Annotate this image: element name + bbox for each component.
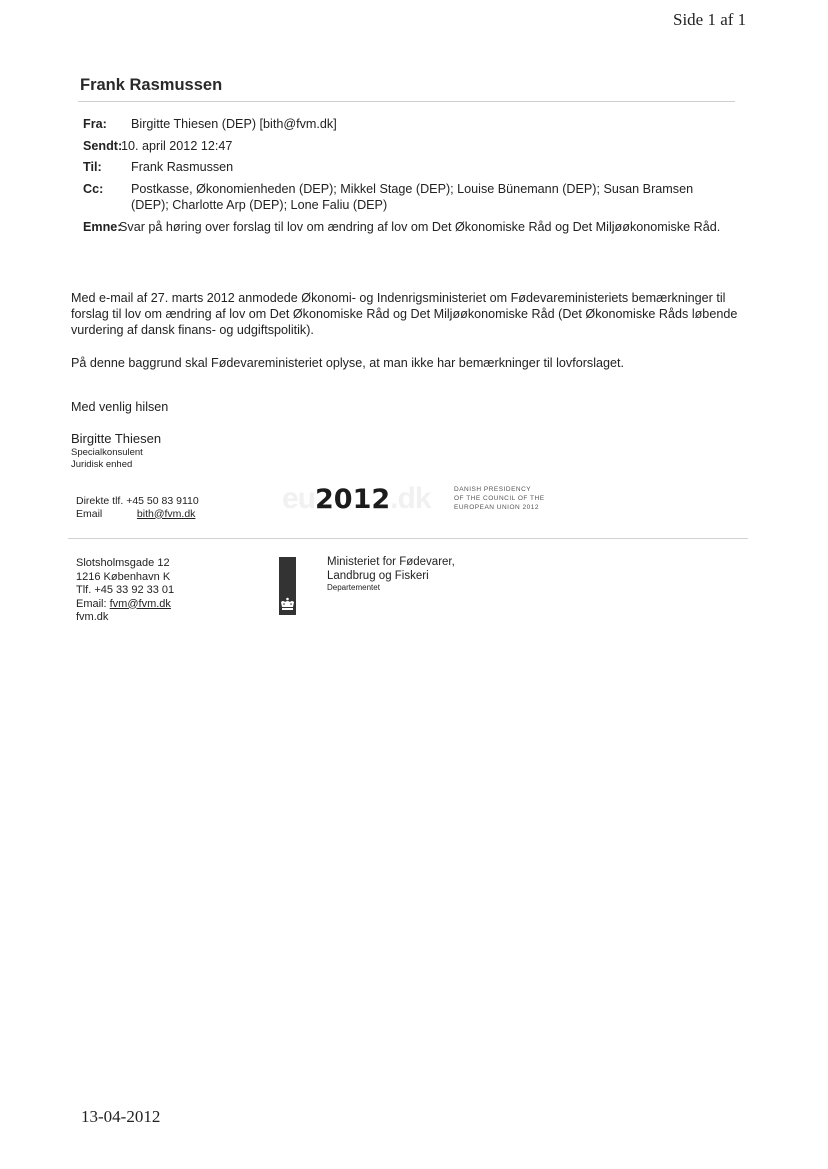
title-divider — [78, 101, 735, 102]
body-paragraph-1: Med e-mail af 27. marts 2012 anmodede Øk… — [71, 290, 761, 338]
logo-year: 2012 — [315, 484, 390, 515]
signature-contact: Direkte tlf. +45 50 83 9110 Email bith@f… — [76, 495, 199, 520]
address-website: fvm.dk — [76, 611, 174, 625]
phone-label: Direkte tlf. — [76, 495, 123, 507]
from-label: Fra: — [83, 116, 131, 133]
signature-title-block: Specialkonsulent Juridisk enhed — [71, 447, 143, 471]
to-label: Til: — [83, 159, 131, 176]
eu-presidency-logo: eu2012.dk — [282, 482, 431, 516]
ministry-line-2: Landbrug og Fiskeri — [327, 570, 455, 584]
mail-headers: Fra: Birgitte Thiesen (DEP) [bith@fvm.dk… — [83, 116, 733, 240]
to-value: Frank Rasmussen — [131, 159, 733, 176]
closing-greeting: Med venlig hilsen — [71, 400, 168, 414]
signature-title: Specialkonsulent — [71, 447, 143, 459]
mail-title: Frank Rasmussen — [80, 76, 222, 95]
ministry-department: Departementet — [327, 583, 455, 593]
email-label: Email — [76, 508, 134, 521]
header-to: Til: Frank Rasmussen — [83, 159, 733, 176]
from-value: Birgitte Thiesen (DEP) [bith@fvm.dk] — [131, 116, 733, 133]
signature-unit: Juridisk enhed — [71, 459, 143, 471]
logo-prefix: eu — [282, 482, 315, 515]
presidency-text: Danish Presidency of the Council of the … — [454, 485, 545, 512]
address-city: 1216 København K — [76, 571, 174, 585]
sent-value: 10. april 2012 12:47 — [121, 138, 733, 155]
body-paragraph-2: På denne baggrund skal Fødevareministeri… — [71, 355, 761, 371]
page-number: Side 1 af 1 — [673, 10, 746, 30]
presidency-line-1: Danish Presidency — [454, 485, 545, 494]
presidency-line-2: of the Council of the — [454, 494, 545, 503]
cc-value: Postkasse, Økonomienheden (DEP); Mikkel … — [131, 181, 733, 214]
address-email-label: Email: — [76, 598, 107, 610]
crown-crest-icon — [279, 557, 296, 615]
cc-label: Cc: — [83, 181, 131, 214]
header-subject: Emne: Svar på høring over forslag til lo… — [83, 219, 733, 236]
signature-name: Birgitte Thiesen — [71, 431, 161, 446]
footer-divider — [68, 538, 748, 539]
logo-suffix: .dk — [390, 482, 430, 515]
address-phone: Tlf. +45 33 92 33 01 — [76, 584, 174, 598]
subject-value: Svar på høring over forslag til lov om æ… — [119, 219, 733, 236]
print-date: 13-04-2012 — [81, 1107, 160, 1127]
subject-label: Emne: — [83, 219, 117, 236]
header-from: Fra: Birgitte Thiesen (DEP) [bith@fvm.dk… — [83, 116, 733, 133]
email-link[interactable]: bith@fvm.dk — [137, 508, 196, 520]
address-block: Slotsholmsgade 12 1216 København K Tlf. … — [76, 557, 174, 625]
ministry-block: Ministeriet for Fødevarer, Landbrug og F… — [327, 556, 455, 593]
header-cc: Cc: Postkasse, Økonomienheden (DEP); Mik… — [83, 181, 733, 214]
address-email-link[interactable]: fvm@fvm.dk — [110, 598, 171, 610]
phone-value: +45 50 83 9110 — [126, 495, 199, 507]
presidency-line-3: European Union 2012 — [454, 503, 545, 512]
mail-body: Med e-mail af 27. marts 2012 anmodede Øk… — [71, 290, 761, 388]
ministry-line-1: Ministeriet for Fødevarer, — [327, 556, 455, 570]
header-sent: Sendt: 10. april 2012 12:47 — [83, 138, 733, 155]
sent-label: Sendt: — [83, 138, 117, 155]
address-street: Slotsholmsgade 12 — [76, 557, 174, 571]
